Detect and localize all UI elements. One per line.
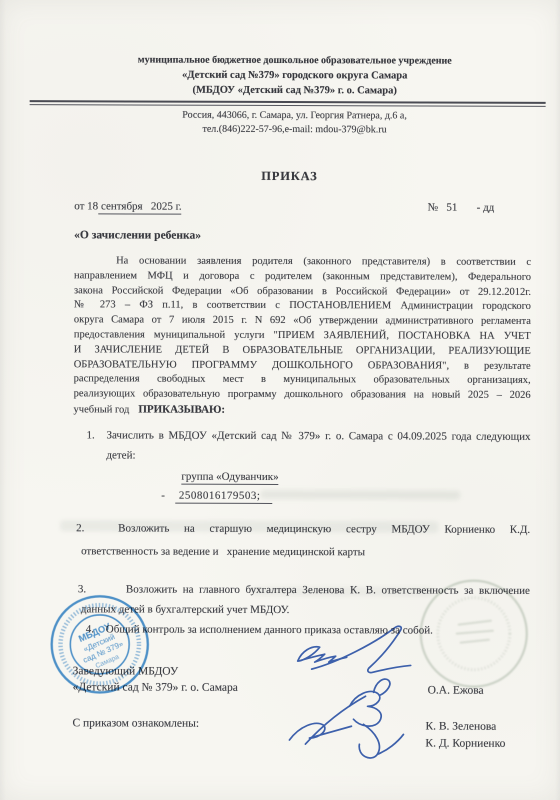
preamble-line: № 273 – ФЗ п.11, в соответствии с ПОСТАН…	[74, 299, 531, 315]
head-role-line1: Заведующий МБДОУ	[73, 663, 421, 680]
resolve-word: ПРИКАЗЫВАЮ:	[138, 403, 225, 415]
org-name-line1: муниципальное бюджетное дошкольное образ…	[40, 53, 550, 68]
preamble-line: закона Российской Федерации «Об образова…	[74, 284, 531, 300]
item-1-number: 1.	[86, 425, 94, 445]
scan-artifact	[260, 490, 460, 500]
preamble-last-line: учебный годПРИКАЗЫВАЮ:	[74, 402, 531, 418]
group-name-line: группа «Одуванчик»	[181, 470, 558, 483]
stamp-text-line3: сад № 379»	[82, 639, 126, 665]
order-preamble: На основании заявления родителя (законно…	[74, 254, 532, 418]
preamble-line: распределения свободных мест в муниципал…	[74, 373, 531, 389]
order-date: от 18 сентября 2025 г.	[74, 200, 181, 212]
order-item-4: 4. Общий контроль за исполнением данного…	[73, 619, 530, 641]
ack-name-1: К. В. Зеленова	[425, 718, 557, 736]
ack-label: С приказом ознакомлены:	[72, 717, 425, 753]
order-item-1: 1. Зачислить в МБДОУ «Детский сад № 379»…	[73, 425, 530, 467]
item-2-line2: ответственность за ведение и хранение ме…	[81, 540, 530, 565]
head-signature-row: Заведующий МБДОУ «Детский сад № 379» г. …	[73, 663, 558, 697]
ack-names: К. В. Зеленова К. Д. Корниенко	[425, 718, 557, 753]
head-role-line2: «Детский сад № 379» г. о. Самара	[73, 679, 421, 696]
list-dash: -	[161, 489, 165, 501]
group-name: группа «Одуванчик»	[181, 470, 278, 484]
org-phone-email: тел.(846)222-57-96,e-mail: mdou-379@bk.r…	[40, 122, 550, 137]
item-4-number: 4.	[86, 619, 94, 639]
head-role: Заведующий МБДОУ «Детский сад № 379» г. …	[73, 663, 421, 696]
org-name-line2: «Детский сад №379» городского округа Сам…	[40, 68, 550, 84]
order-title: ПРИКАЗ	[19, 168, 559, 185]
order-subject: «О зачислении ребенка»	[74, 229, 559, 243]
org-name-line3: (МБДОУ «Детский сад №379» г. о. Самара)	[40, 83, 550, 99]
order-date-prefix: от 18	[74, 200, 98, 212]
item-4-line1: Общий контроль за исполнением данного пр…	[106, 619, 530, 640]
preamble-line: И ЗАЧИСЛЕНИЕ ДЕТЕЙ В ОБРАЗОВАТЕЛЬНЫЕ ОРГ…	[74, 343, 531, 359]
item-3-number: 3.	[78, 579, 86, 599]
scan-artifact	[253, 587, 433, 597]
letterhead-contacts: Россия, 443066, г. Самара, ул. Георгия Р…	[40, 108, 550, 137]
order-date-value: сентября 2025 г.	[98, 200, 181, 214]
item-1-line1: Зачислить в МБДОУ «Детский сад № 379» г.…	[106, 425, 530, 446]
preamble-line: направлением МФЦ и договора с родителем …	[74, 269, 531, 285]
preamble-line: округа Самара от 7 июля 2015 г. N 692 «О…	[74, 313, 531, 329]
ack-name-2: К. Д. Корниенко	[425, 736, 557, 754]
letterhead-divider	[30, 100, 546, 107]
scanned-order-document: муниципальное бюджетное дошкольное образ…	[0, 0, 560, 800]
letterhead: муниципальное бюджетное дошкольное образ…	[40, 0, 550, 99]
preamble-line: реализующих образовательную программу до…	[74, 387, 531, 403]
preamble-line: предоставления муниципальной услуги "ПРИ…	[74, 328, 531, 344]
child-id: 2508016179503;	[175, 489, 273, 503]
head-name: О.А. Ежова	[421, 684, 558, 696]
item-3-line2: данных детей в бухгалтерский учет МБДОУ.	[81, 599, 530, 621]
item-1-line2: детей:	[106, 445, 530, 466]
order-number: № 51 - дд	[428, 202, 495, 214]
date-number-row: от 18 сентября 2025 г. № 51 - дд	[74, 200, 494, 213]
order-item-3: 3. Возложить на главного бухгалтера Зеле…	[73, 579, 530, 621]
acknowledgement-row: С приказом ознакомлены: К. В. Зеленова К…	[72, 717, 557, 754]
preamble-line: ОБРАЗОВАТЕЛЬНУЮ ПРОГРАММУ ДОШКОЛЬНОГО ОБ…	[74, 358, 531, 374]
preamble-line: На основании заявления родителя (законно…	[74, 254, 531, 270]
preamble-last-prefix: учебный год	[74, 404, 130, 415]
scan-artifact	[60, 520, 438, 532]
